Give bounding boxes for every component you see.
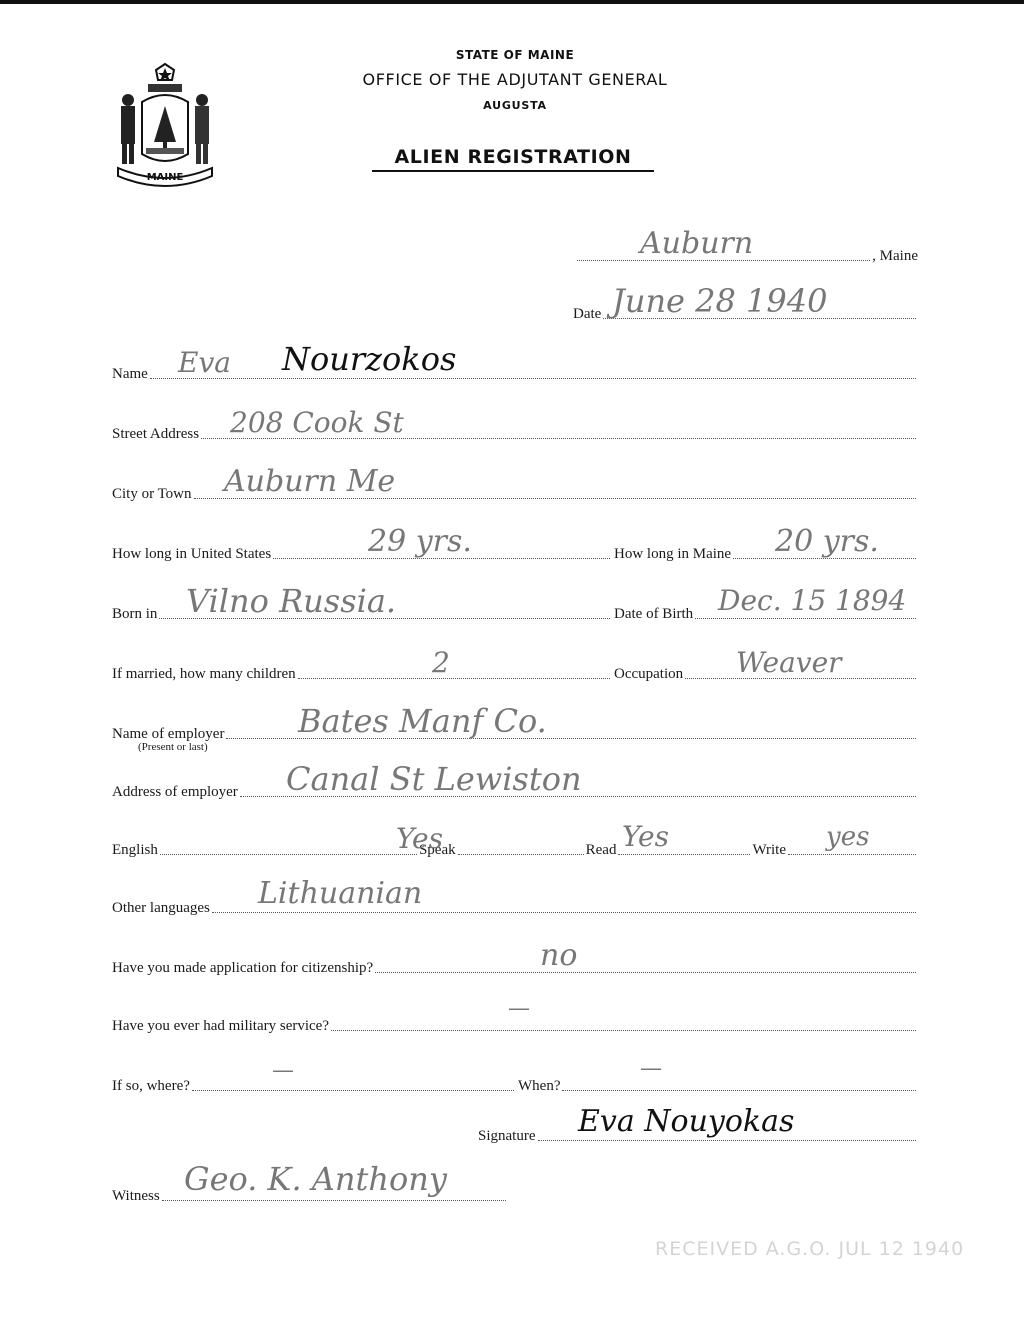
write-value: yes <box>826 822 869 852</box>
name-label: Name <box>112 366 148 383</box>
scan-border <box>0 0 1024 4</box>
speak-value: Yes <box>396 822 443 855</box>
english-line <box>160 853 417 855</box>
speak-line[interactable] <box>458 853 584 855</box>
military-label: Have you ever had military service? <box>112 1018 329 1035</box>
employer-address-value: Canal St Lewiston <box>286 760 582 798</box>
page-title: ALIEN REGISTRATION <box>372 146 654 172</box>
occupation-value: Weaver <box>736 646 842 679</box>
citizenship-value: no <box>540 938 577 973</box>
received-stamp: RECEIVED A.G.O. JUL 12 1940 <box>655 1238 964 1260</box>
english-field: English Speak Read Write <box>112 842 918 859</box>
when-field[interactable]: When? <box>518 1078 918 1095</box>
born-in-value: Vilno Russia. <box>186 582 396 620</box>
when-label: When? <box>518 1078 560 1095</box>
name-line <box>150 377 916 379</box>
how-long-maine-value: 20 yrs. <box>775 524 879 559</box>
witness-label: Witness <box>112 1188 160 1205</box>
date-value: June 28 1940 <box>612 282 827 320</box>
date-of-birth-label: Date of Birth <box>614 606 693 623</box>
how-long-us-value: 29 yrs. <box>368 524 472 559</box>
write-label: Write <box>752 842 786 859</box>
when-line <box>562 1089 916 1091</box>
read-value: Yes <box>622 820 669 853</box>
english-label: English <box>112 842 158 859</box>
where-line <box>192 1089 514 1091</box>
read-line[interactable] <box>618 853 750 855</box>
signature-line <box>538 1139 917 1141</box>
other-languages-line <box>212 911 916 913</box>
city-value: Auburn Me <box>224 464 395 499</box>
place-value: Auburn <box>640 226 753 261</box>
city-label: City or Town <box>112 486 192 503</box>
street-address-label: Street Address <box>112 426 199 443</box>
employer-address-label: Address of employer <box>112 784 238 801</box>
citizenship-field[interactable]: Have you made application for citizenshi… <box>112 960 918 977</box>
military-line <box>331 1029 916 1031</box>
other-languages-label: Other languages <box>112 900 210 917</box>
svg-text:MAINE: MAINE <box>147 172 184 183</box>
children-field[interactable]: If married, how many children <box>112 666 612 683</box>
born-in-label: Born in <box>112 606 157 623</box>
children-label: If married, how many children <box>112 666 296 683</box>
where-field[interactable]: If so, where? <box>112 1078 516 1095</box>
where-value: — <box>272 1058 294 1083</box>
where-label: If so, where? <box>112 1078 190 1095</box>
when-value: — <box>640 1056 662 1081</box>
name-field[interactable]: Name <box>112 366 918 383</box>
other-languages-value: Lithuanian <box>258 876 422 911</box>
how-long-maine-label: How long in Maine <box>614 546 731 563</box>
children-value: 2 <box>432 646 450 679</box>
name-last-value: Nourzokos <box>282 340 456 378</box>
witness-line <box>162 1199 506 1201</box>
header-office: OFFICE OF THE ADJUTANT GENERAL <box>340 70 690 89</box>
date-of-birth-value: Dec. 15 1894 <box>718 584 906 617</box>
place-suffix: , Maine <box>872 248 918 265</box>
employer-name-sublabel: (Present or last) <box>138 741 208 753</box>
header-state: STATE OF MAINE <box>340 48 690 62</box>
header-city: AUGUSTA <box>340 99 690 112</box>
signature-label: Signature <box>478 1128 536 1145</box>
occupation-label: Occupation <box>614 666 683 683</box>
how-long-us-field[interactable]: How long in United States <box>112 546 612 563</box>
witness-value: Geo. K. Anthony <box>184 1160 447 1198</box>
citizenship-label: Have you made application for citizenshi… <box>112 960 373 977</box>
how-long-us-label: How long in United States <box>112 546 271 563</box>
name-first-value: Eva <box>178 346 231 379</box>
date-label: Date <box>573 306 601 323</box>
date-of-birth-line <box>695 617 916 619</box>
children-line <box>298 677 610 679</box>
citizenship-line <box>375 971 916 973</box>
write-line[interactable] <box>788 853 916 855</box>
signature-value: Eva Nouyokas <box>578 1104 794 1139</box>
maine-state-seal-icon: MAINE <box>112 62 218 190</box>
street-address-value: 208 Cook St <box>230 406 404 439</box>
employer-name-value: Bates Manf Co. <box>298 702 547 740</box>
read-label: Read <box>586 842 617 859</box>
other-languages-field[interactable]: Other languages <box>112 900 918 917</box>
military-value: — <box>508 996 530 1021</box>
